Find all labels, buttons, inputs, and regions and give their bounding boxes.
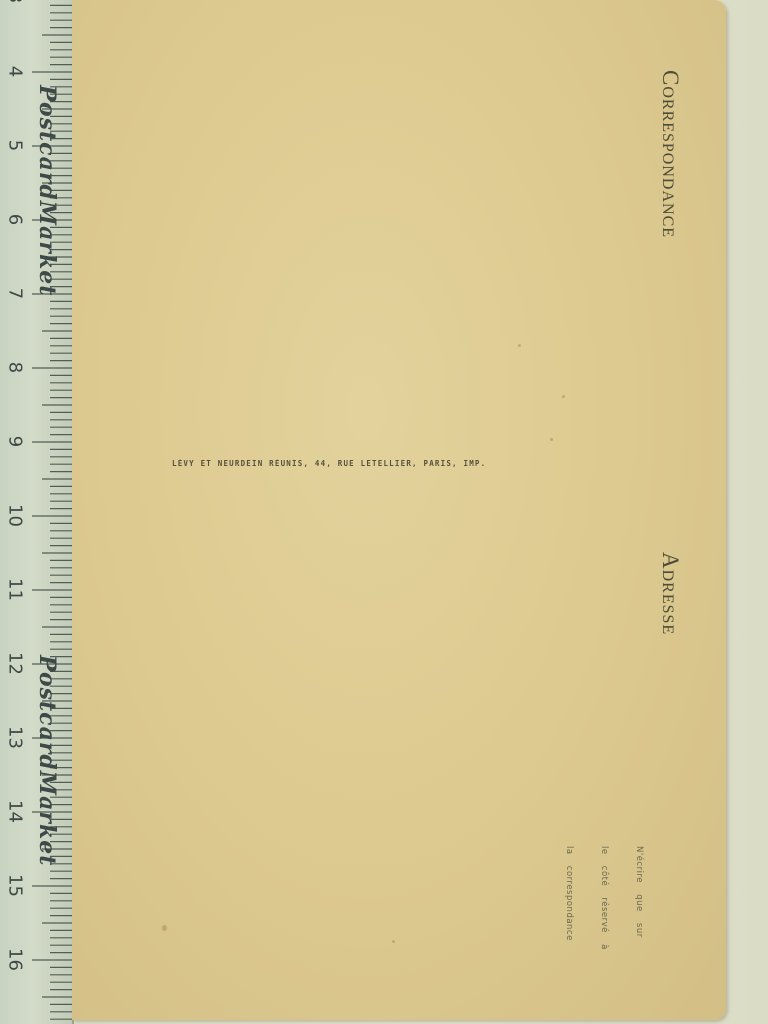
ruler-number: 5 xyxy=(5,133,26,159)
printer-imprint: LÉVY ET NEURDEIN RÉUNIS, 44, RUE LETELLI… xyxy=(172,459,612,468)
instruction-line-1: N'écrire que sur xyxy=(634,846,644,938)
instruction-line-2: le côté réservé à xyxy=(599,846,609,950)
paper-speck xyxy=(162,925,167,931)
ruler-number: 16 xyxy=(5,947,26,973)
ruler-number: 10 xyxy=(5,503,26,529)
ruler-number: 4 xyxy=(5,59,26,85)
ruler-number: 11 xyxy=(5,577,26,603)
paper-speck xyxy=(550,438,553,441)
ruler-number: 6 xyxy=(5,207,26,233)
ruler-number: 12 xyxy=(5,651,26,677)
address-heading: Adresse xyxy=(657,552,683,635)
ruler-number: 13 xyxy=(5,725,26,751)
correspondence-heading: Correspondance xyxy=(657,70,683,238)
ruler-number: 7 xyxy=(5,281,26,307)
ruler-number: 15 xyxy=(5,873,26,899)
ruler: 345678910111213141516 PostcardMarket Pos… xyxy=(0,0,74,1024)
ruler-number: 3 xyxy=(5,0,26,11)
ruler-brand-lower: PostcardMarket xyxy=(30,655,60,866)
paper-speck xyxy=(518,344,521,347)
ruler-brand-upper: PostcardMarket xyxy=(30,85,60,296)
instruction-line-3: la correspondance xyxy=(564,846,574,941)
ruler-number: 8 xyxy=(5,355,26,381)
ruler-number: 9 xyxy=(5,429,26,455)
postcard-back: Correspondance Adresse LÉVY ET NEURDEIN … xyxy=(72,0,726,1020)
paper-speck xyxy=(562,395,565,398)
ruler-number: 14 xyxy=(5,799,26,825)
paper-speck xyxy=(392,940,395,943)
